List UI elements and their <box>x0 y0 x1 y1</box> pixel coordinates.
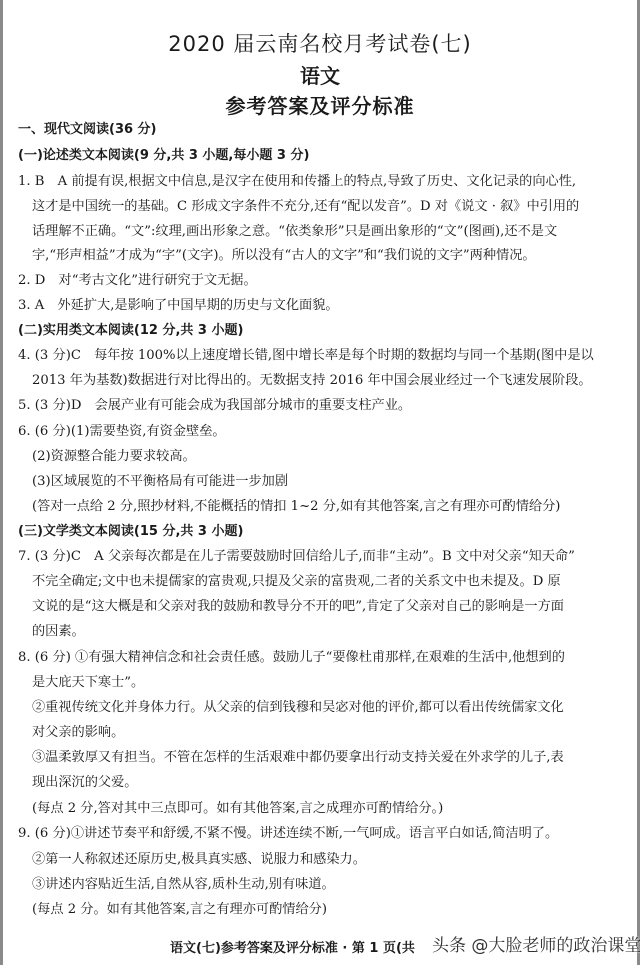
answer-line: ②第一人称叙述还原历史,极具真实感、说服力和感染力。 <box>32 852 640 868</box>
section-heading: 一、现代文阅读(36 分) <box>18 122 628 138</box>
answer-line: 现出深沉的父爱。 <box>32 775 640 791</box>
exam-title: 2020 届云南名校月考试卷(七) <box>0 28 640 58</box>
scoring-note: (每点 2 分。如有其他答案,言之有理亦可酌情给分) <box>32 902 640 918</box>
answer-line: 5. (3 分)D 会展产业有可能会成为我国部分城市的重要支柱产业。 <box>18 398 628 414</box>
scoring-note: (每点 2 分,答对其中三点即可。如有其他答案,言之成理亦可酌情给分。) <box>32 801 640 817</box>
answer-line: 的因素。 <box>32 624 640 640</box>
subsection-heading: (三)文学类文本阅读(15 分,共 3 小题) <box>18 524 628 540</box>
answer-line: 1. B A 前提有误,根据文中信息,是汉字在使用和传播上的特点,导致了历史、文… <box>18 174 628 190</box>
answer-line: ②重视传统文化并身体力行。从父亲的信到钱穆和吴宓对他的评价,都可以看出传统儒家文… <box>32 700 640 716</box>
subsection-heading: (二)实用类文本阅读(12 分,共 3 小题) <box>18 323 628 339</box>
answer-line: 话理解不正确。“文”:纹理,画出形象之意。“依类象形”只是画出象形的“文”(图画… <box>32 224 640 240</box>
page-border-left <box>0 0 3 965</box>
subsection-heading: (一)论述类文本阅读(9 分,共 3 小题,每小题 3 分) <box>18 148 628 164</box>
answer-line: 是大庇天下寒士”。 <box>32 675 640 691</box>
scoring-note: (答对一点给 2 分,照抄材料,不能概括的情扣 1~2 分,如有其他答案,言之有… <box>32 499 640 515</box>
answer-line: 文说的是“这大概是和父亲对我的鼓励和教导分不开的吧”,肯定了父亲对自己的影响是一… <box>32 599 640 615</box>
answer-line: 这才是中国统一的基础。C 形成文字条件不充分,还有“配以发音”。D 对《说文 ·… <box>32 199 640 215</box>
answer-line: 8. (6 分) ①有强大精神信念和社会责任感。鼓励儿子“要像杜甫那样,在艰难的… <box>18 650 628 666</box>
subject-title: 语文 <box>0 60 640 89</box>
answer-line: 字,“形声相益”才成为“字”(文字)。所以没有“古人的文字”和“我们说的文字”两… <box>32 248 640 264</box>
page-footer: 语文(七)参考答案及评分标准 · 第 1 页(共 <box>170 937 415 956</box>
answer-line: 3. A 外延扩大,是影响了中国早期的历史与文化面貌。 <box>18 298 628 314</box>
answer-line: (3)区域展览的不平衡格局有可能进一步加剧 <box>32 474 640 490</box>
answer-line: 4. (3 分)C 每年按 100%以上速度增长错,图中增长率是每个时期的数据均… <box>18 348 628 364</box>
answer-line: 9. (6 分)①讲述节奏平和舒缓,不紧不慢。讲述连续不断,一气呵成。语言平白如… <box>18 826 628 842</box>
answer-line: 2. D 对“考古文化”进行研究于文无据。 <box>18 273 628 289</box>
answer-line: 不完全确定;文中也未提儒家的富贵观,只提及父亲的富贵观,二者的关系文中也未提及。… <box>32 574 640 590</box>
answer-line: 2013 年为基数)数据进行对比得出的。无数据支持 2016 年中国会展业经过一… <box>32 373 640 389</box>
answer-line: (2)资源整合能力要求较高。 <box>32 449 640 465</box>
document-page: 2020 届云南名校月考试卷(七) 语文 参考答案及评分标准 一、现代文阅读(3… <box>0 0 640 965</box>
answer-key-title: 参考答案及评分标准 <box>0 90 640 119</box>
answer-line: 对父亲的影响。 <box>32 725 640 741</box>
answer-line: ③讲述内容贴近生活,自然从容,质朴生动,别有味道。 <box>32 877 640 893</box>
watermark: 头条 @大脸老师的政治课堂 <box>432 931 640 956</box>
answer-line: 7. (3 分)C A 父亲每次都是在儿子需要鼓励时回信给儿子,而非“主动”。B… <box>18 549 628 565</box>
answer-line: 6. (6 分)(1)需要垫资,有资金壁垒。 <box>18 424 628 440</box>
answer-line: ③温柔敦厚又有担当。不管在怎样的生活艰难中都仍要拿出行动支持关爱在外求学的儿子,… <box>32 750 640 766</box>
